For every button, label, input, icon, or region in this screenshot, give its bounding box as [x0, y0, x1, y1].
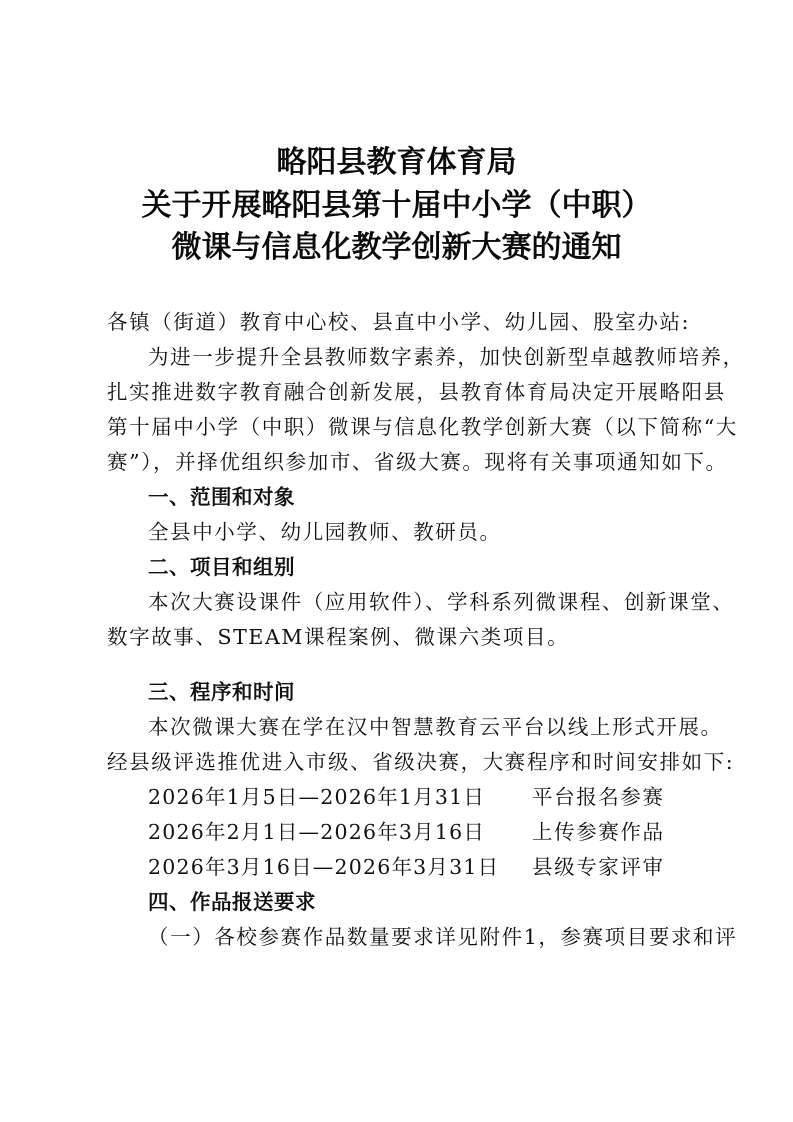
- section-heading-projects: 二、项目和组别: [148, 553, 758, 581]
- intro-paragraph-line-4: 赛”），并择优组织参加市、省级大赛。现将有关事项通知如下。: [107, 448, 717, 476]
- section-heading-submission: 四、作品报送要求: [148, 888, 758, 916]
- section-heading-scope: 一、范围和对象: [148, 483, 758, 511]
- schedule-event: 平台报名参赛: [532, 783, 665, 811]
- schedule-event: 上传参赛作品: [532, 818, 665, 846]
- section-heading-schedule: 三、程序和时间: [148, 678, 758, 706]
- document-title-line-1: 略阳县教育体育局: [0, 143, 793, 183]
- section-schedule-line-1: 本次微课大赛在学在汉中智慧教育云平台以线上形式开展。: [148, 713, 758, 741]
- section-submission-line-1: （一）各校参赛作品数量要求详见附件1，参赛项目要求和评: [148, 923, 758, 951]
- salutation: 各镇（街道）教育中心校、县直中小学、幼儿园、股室办站:: [107, 308, 717, 336]
- section-schedule-line-2: 经县级评选推优进入市级、省级决赛，大赛程序和时间安排如下:: [107, 748, 717, 776]
- schedule-period: 2026年3月16日—2026年3月31日: [148, 855, 499, 879]
- intro-paragraph-line-1: 为进一步提升全县教师数字素养，加快创新型卓越教师培养，: [148, 343, 758, 371]
- schedule-row: 2026年3月16日—2026年3月31日 县级专家评审: [148, 853, 499, 881]
- intro-paragraph-line-3: 第十届中小学（中职）微课与信息化教学创新大赛（以下简称“大: [107, 413, 717, 441]
- schedule-event: 县级专家评审: [532, 853, 665, 881]
- document-page: 略阳县教育体育局 关于开展略阳县第十届中小学（中职） 微课与信息化教学创新大赛的…: [0, 0, 793, 1122]
- intro-paragraph-line-2: 扎实推进数字教育融合创新发展，县教育体育局决定开展略阳县: [107, 378, 717, 406]
- document-title-line-2: 关于开展略阳县第十届中小学（中职）: [0, 186, 793, 226]
- section-projects-line-1: 本次大赛设课件（应用软件）、学科系列微课程、创新课堂、: [148, 588, 758, 616]
- schedule-period: 2026年2月1日—2026年3月16日: [148, 820, 485, 844]
- schedule-row: 2026年2月1日—2026年3月16日 上传参赛作品: [148, 818, 485, 846]
- schedule-period: 2026年1月5日—2026年1月31日: [148, 785, 485, 809]
- schedule-row: 2026年1月5日—2026年1月31日 平台报名参赛: [148, 783, 485, 811]
- document-title-line-3: 微课与信息化教学创新大赛的通知: [0, 228, 793, 268]
- section-projects-line-2: 数字故事、STEAM课程案例、微课六类项目。: [107, 623, 717, 651]
- section-scope-text: 全县中小学、幼儿园教师、教研员。: [148, 518, 758, 546]
